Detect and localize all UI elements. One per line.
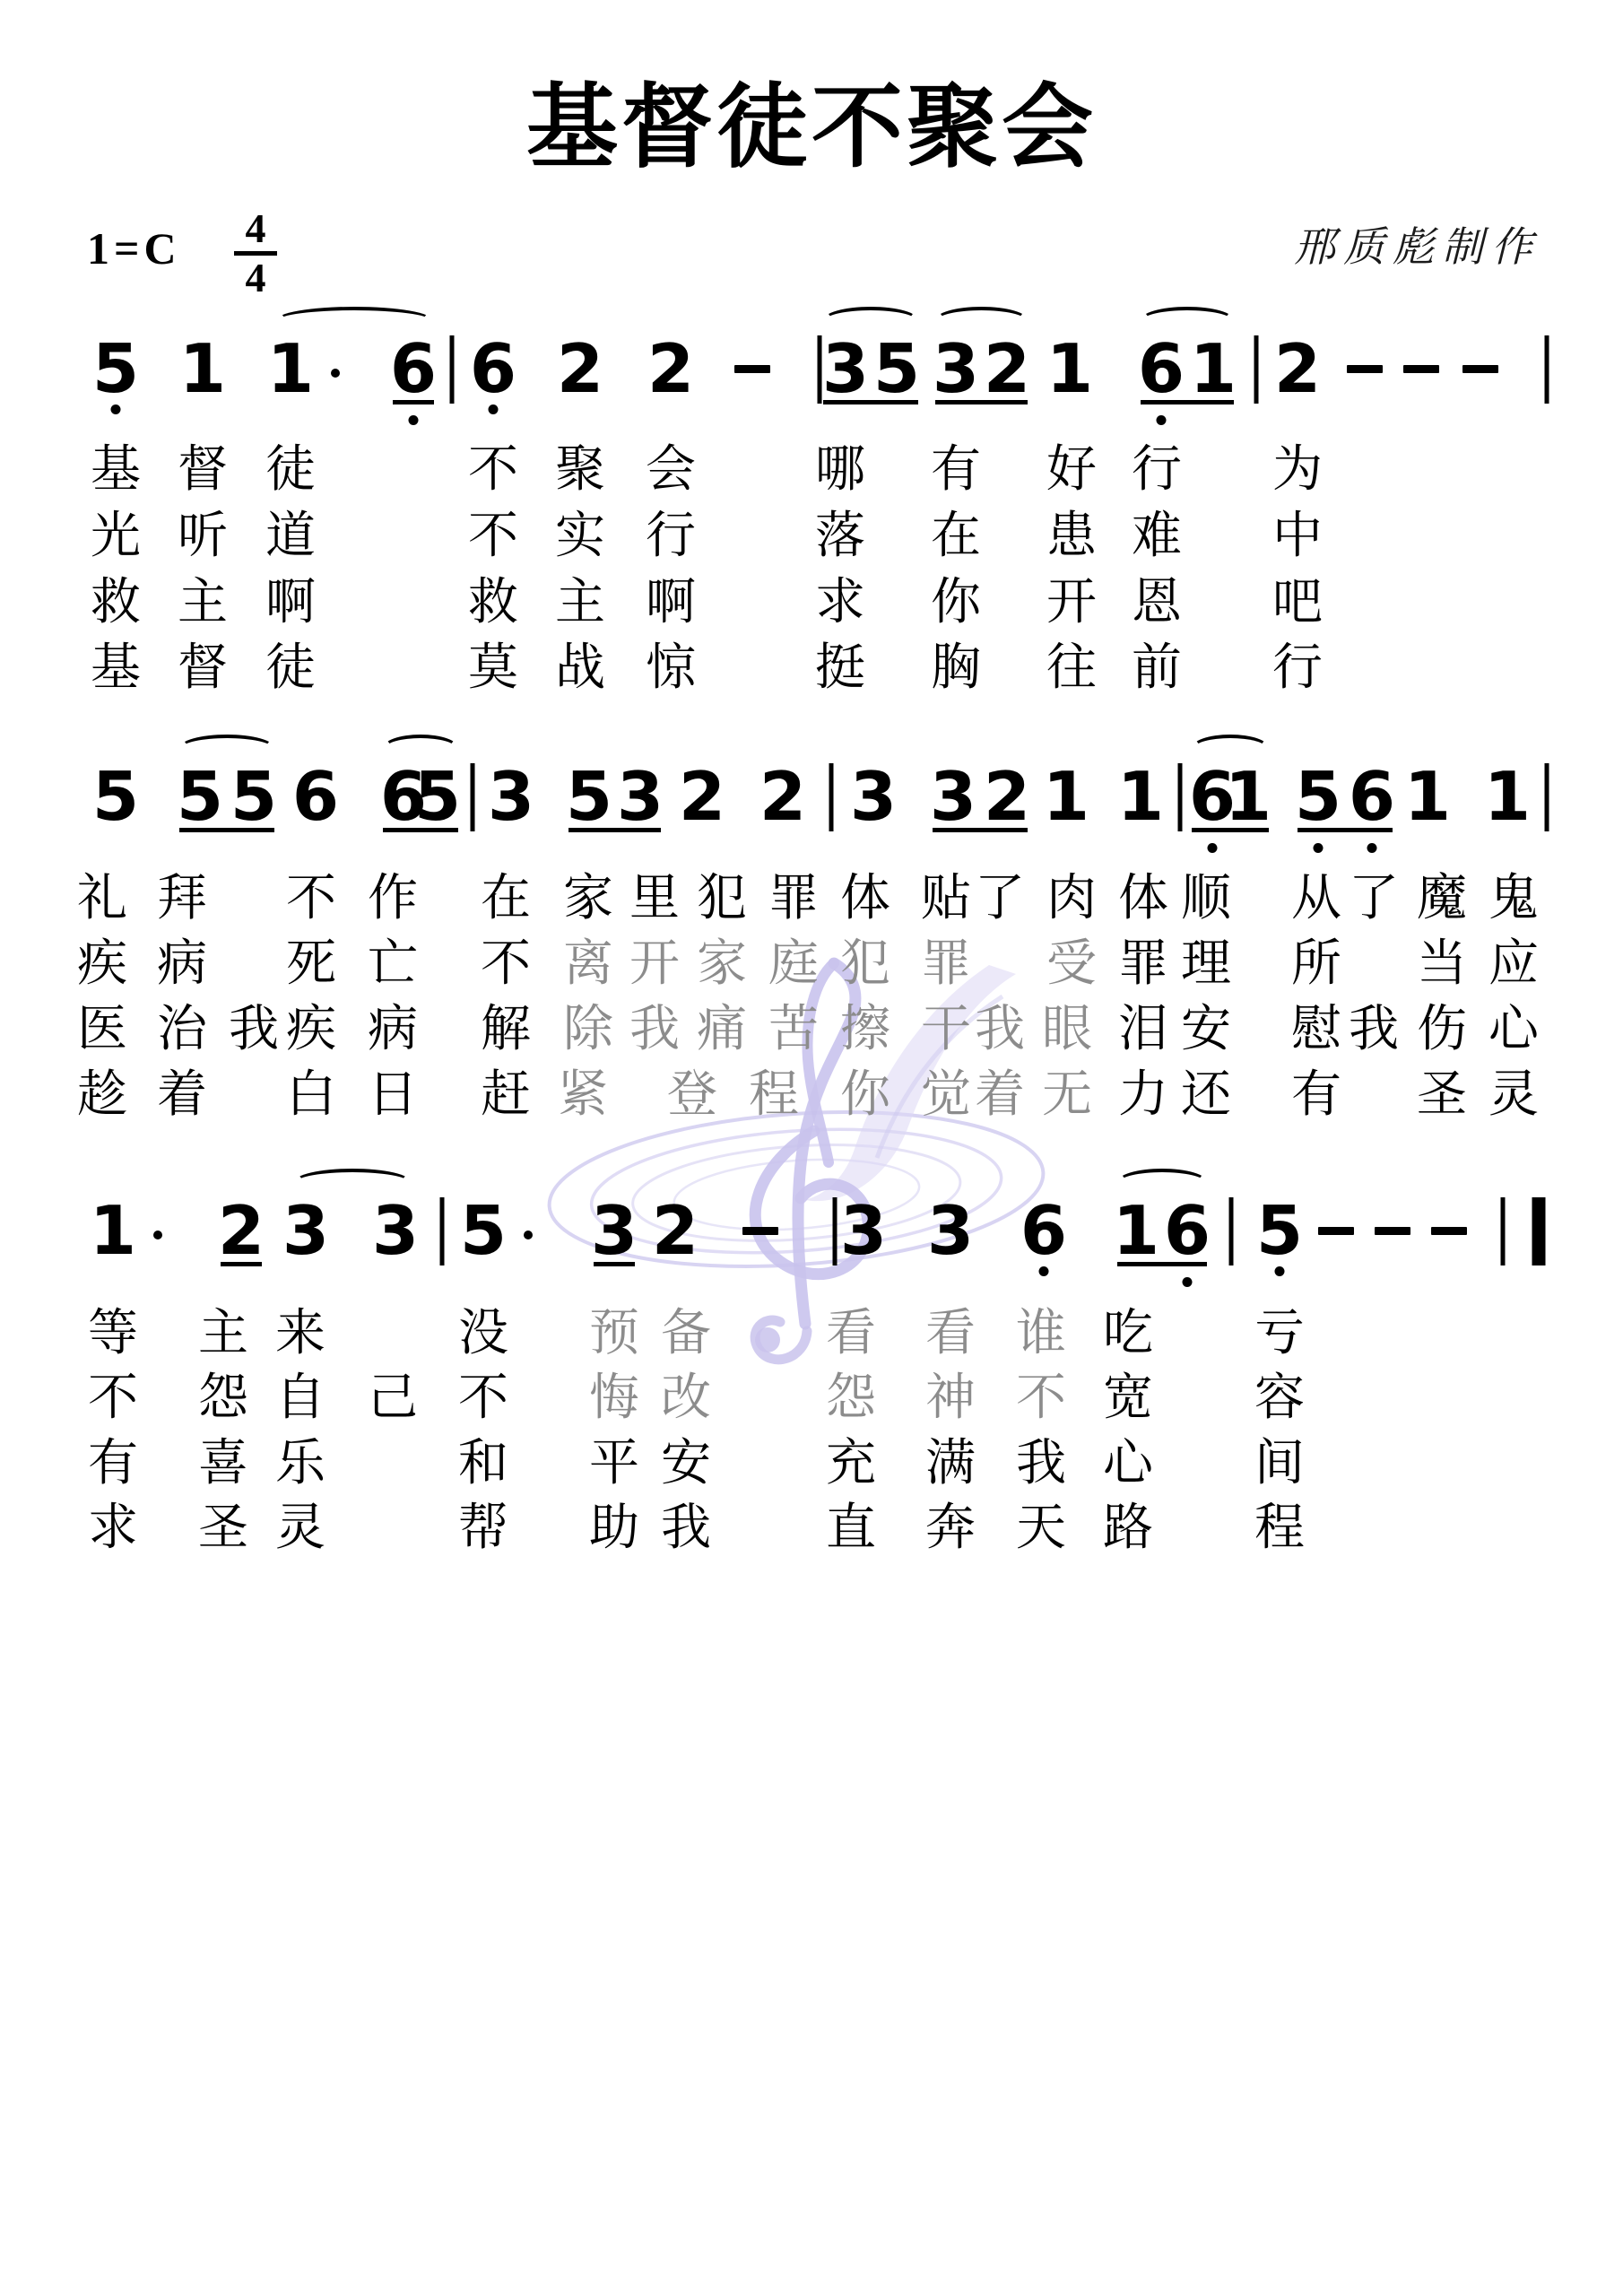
lyric-char: 啊: [646, 577, 696, 627]
lyric-char: 罪: [768, 873, 819, 923]
lyric-char: 恩: [1132, 577, 1182, 627]
lyric-char: 亏: [1254, 1308, 1305, 1358]
lyric-char: 中: [1272, 510, 1323, 561]
note-digit: 5: [92, 772, 139, 822]
note-digit: 3: [930, 772, 976, 822]
barline: [471, 763, 475, 831]
lyric-char: 行: [1132, 444, 1182, 494]
barline: [1545, 335, 1549, 404]
note-digit: 6: [1349, 772, 1395, 822]
lyric-char: 谁: [1016, 1308, 1066, 1358]
note-digit: 1: [1404, 772, 1451, 822]
duration-dash: [1347, 365, 1383, 373]
lyric-char: 惊: [646, 642, 696, 692]
lyric-char: 容: [1254, 1372, 1305, 1422]
lyric-char: 安: [1181, 1004, 1231, 1054]
lyric-char: 胸: [931, 642, 981, 692]
lyric-char: 行: [1272, 642, 1323, 692]
note-digit: 1: [1190, 344, 1237, 394]
lyric-char: 不: [481, 938, 531, 988]
note-digit: 5: [873, 344, 920, 394]
lyric-char: 有: [931, 444, 981, 494]
lyric-char: 安: [661, 1438, 711, 1488]
lyric-char: 哪: [815, 444, 865, 494]
lyric-char: 喜: [198, 1438, 248, 1488]
lyric-char: 病: [157, 938, 207, 988]
lyric-char: 趁: [77, 1069, 127, 1119]
lyric-char: 所: [1291, 938, 1341, 988]
lyric-char: 督: [178, 642, 228, 692]
octave-dot: [489, 404, 499, 414]
duration-dash: [1462, 365, 1498, 373]
lyric-char: 自: [275, 1372, 325, 1422]
note-digit: 5: [566, 772, 612, 822]
lyric-char: 亡: [368, 938, 418, 988]
barline: [1254, 335, 1259, 404]
note-digit: 3: [488, 772, 534, 822]
note-digit: 3: [933, 344, 979, 394]
lyric-char: 顺: [1181, 873, 1231, 923]
note-digit: 1: [1117, 772, 1164, 822]
lyric-char: 魔: [1417, 873, 1467, 923]
lyric-char: 预: [589, 1308, 639, 1358]
lyric-char: 备: [661, 1308, 711, 1358]
lyric-char: 着: [975, 1069, 1025, 1119]
octave-dot: [1367, 843, 1377, 853]
lyric-char: 程: [749, 1069, 799, 1119]
lyric-char: 作: [368, 873, 418, 923]
lyric-char: 疾: [77, 938, 127, 988]
lyric-char: 基: [91, 444, 141, 494]
lyric-char: 鬼: [1488, 873, 1539, 923]
lyric-char: 我: [661, 1502, 711, 1552]
note-digit: 5: [1295, 772, 1341, 822]
lyric-char: 病: [368, 1004, 418, 1054]
lyric-char: 我: [1349, 1004, 1399, 1054]
note-digit: 1: [1113, 1206, 1159, 1256]
final-barline: [1532, 1197, 1546, 1265]
augmentation-dot: [331, 369, 340, 378]
duration-dash: [1431, 1227, 1467, 1235]
note-digit: 1: [1046, 344, 1093, 394]
lyric-char: 了: [1349, 873, 1399, 923]
octave-dot: [111, 404, 121, 414]
lyric-char: 乐: [275, 1438, 325, 1488]
lyric-char: 我: [229, 1004, 279, 1054]
lyric-char: 患: [1046, 510, 1097, 561]
note-digit: 5: [460, 1206, 507, 1256]
barline: [450, 335, 455, 404]
note-digit: 3: [617, 772, 664, 822]
barline: [818, 335, 822, 404]
note-digit: 5: [1256, 1206, 1303, 1256]
lyric-char: 帮: [458, 1502, 508, 1552]
lyric-char: 莫: [468, 642, 518, 692]
lyric-char: 啊: [265, 577, 316, 627]
lyric-char: 听: [178, 510, 228, 561]
lyric-char: 体: [1118, 873, 1168, 923]
lyric-char: 礼: [77, 873, 127, 923]
lyric-char: 怨: [826, 1372, 876, 1422]
lyric-char: 我: [1016, 1438, 1066, 1488]
note-digit: 3: [850, 772, 897, 822]
lyric-char: 主: [555, 577, 605, 627]
note-digit: 3: [840, 1206, 887, 1256]
lyric-char: 泪: [1118, 1004, 1168, 1054]
lyric-char: 疾: [286, 1004, 336, 1054]
duration-dash: [1318, 1227, 1354, 1235]
lyric-char: 满: [925, 1438, 976, 1488]
lyric-char: 落: [815, 510, 865, 561]
lyric-char: 眼: [1042, 1004, 1092, 1054]
lyric-char: 我: [629, 1004, 680, 1054]
lyric-char: 无: [1042, 1069, 1092, 1119]
barline: [440, 1197, 445, 1265]
octave-dot: [409, 415, 419, 425]
lyric-char: 当: [1417, 938, 1467, 988]
lyric-char: 慰: [1291, 1004, 1341, 1054]
lyric-char: 主: [178, 577, 228, 627]
lyric-char: 等: [88, 1308, 138, 1358]
note-digit: 5: [414, 772, 461, 822]
lyric-char: 己: [368, 1372, 418, 1422]
note-digit: 6: [1138, 344, 1185, 394]
note-digit: 1: [1225, 772, 1271, 822]
lyric-char: 了: [975, 873, 1025, 923]
lyric-char: 救: [468, 577, 518, 627]
lyric-char: 求: [815, 577, 865, 627]
duration-dash: [1375, 1227, 1410, 1235]
lyric-char: 会: [646, 444, 696, 494]
lyric-char: 道: [265, 510, 316, 561]
note-digit: 2: [679, 772, 725, 822]
lyric-char: 来: [275, 1308, 325, 1358]
lyric-char: 开: [1046, 577, 1097, 627]
lyric-char: 不: [286, 873, 336, 923]
note-digit: 6: [390, 344, 437, 394]
lyric-char: 心: [1103, 1438, 1153, 1488]
lyric-char: 难: [1132, 510, 1182, 561]
note-digit: 2: [984, 344, 1030, 394]
lyric-char: 实: [555, 510, 605, 561]
lyric-char: 神: [925, 1372, 976, 1422]
lyric-char: 罪: [1118, 938, 1168, 988]
lyric-char: 没: [458, 1308, 508, 1358]
lyric-char: 开: [629, 938, 680, 988]
lyric-char: 你: [931, 577, 981, 627]
duration-dash: [1403, 365, 1439, 373]
lyric-char: 罪: [921, 938, 971, 988]
lyric-char: 在: [481, 873, 531, 923]
barline: [1501, 1197, 1506, 1265]
lyric-char: 吃: [1103, 1308, 1153, 1358]
lyric-char: 从: [1291, 873, 1341, 923]
lyric-char: 除: [563, 1004, 613, 1054]
lyric-char: 犯: [840, 938, 890, 988]
lyric-char: 应: [1488, 938, 1539, 988]
octave-dot: [1208, 843, 1218, 853]
page-title: 基督徒不聚会: [0, 79, 1623, 179]
sheet-music-page: 基督徒不聚会 1=C 4 4 邢质彪制作 511662235321612基督徒不…: [0, 0, 1623, 2296]
lyric-char: 紧: [558, 1069, 608, 1119]
lyric-char: 不: [88, 1372, 138, 1422]
lyric-char: 改: [661, 1372, 711, 1422]
barline: [833, 1197, 838, 1265]
duration-dash: [742, 1227, 778, 1235]
lyric-char: 有: [88, 1438, 138, 1488]
lyric-char: 吧: [1272, 577, 1323, 627]
lyric-char: 犯: [697, 873, 747, 923]
note-digit: 2: [1274, 344, 1321, 394]
lyric-char: 赶: [481, 1069, 531, 1119]
lyric-char: 痛: [697, 1004, 747, 1054]
lyric-char: 干: [921, 1004, 971, 1054]
octave-dot: [1157, 415, 1167, 425]
lyric-char: 力: [1118, 1069, 1168, 1119]
lyric-char: 着: [157, 1069, 207, 1119]
lyric-char: 擦: [840, 1004, 890, 1054]
lyric-char: 灵: [275, 1502, 325, 1552]
lyric-char: 不: [468, 444, 518, 494]
lyric-char: 奔: [925, 1502, 976, 1552]
note-digit: 3: [822, 344, 869, 394]
lyric-char: 战: [555, 642, 605, 692]
lyric-char: 庭: [768, 938, 819, 988]
duration-dash: [734, 365, 770, 373]
note-digit: 2: [557, 344, 603, 394]
note-digit: 2: [652, 1206, 699, 1256]
lyric-char: 心: [1488, 1004, 1539, 1054]
credit-author: 邢质彪制作: [1294, 222, 1541, 272]
note-digit: 2: [218, 1206, 265, 1256]
barline: [1178, 763, 1183, 831]
lyric-char: 觉: [921, 1069, 971, 1119]
lyric-char: 灵: [1488, 1069, 1539, 1119]
lyric-char: 体: [840, 873, 890, 923]
lyric-char: 徒: [265, 444, 316, 494]
lyric-char: 和: [458, 1438, 508, 1488]
lyric-char: 平: [589, 1438, 639, 1488]
note-digit: 1: [90, 1206, 136, 1256]
lyric-char: 看: [925, 1308, 976, 1358]
note-digit: 3: [372, 1206, 419, 1256]
lyric-char: 家: [563, 873, 613, 923]
lyric-char: 不: [468, 510, 518, 561]
barline: [1545, 763, 1549, 831]
lyric-char: 基: [91, 642, 141, 692]
time-signature-numerator: 4: [230, 208, 282, 249]
lyric-char: 还: [1181, 1069, 1231, 1119]
lyric-char: 主: [198, 1308, 248, 1358]
note-digit: 6: [1164, 1206, 1211, 1256]
lyric-char: 路: [1103, 1502, 1153, 1552]
octave-dot: [1314, 843, 1324, 853]
lyric-char: 充: [826, 1438, 876, 1488]
lyric-char: 天: [1016, 1502, 1066, 1552]
lyric-char: 往: [1046, 642, 1097, 692]
lyric-char: 圣: [198, 1502, 248, 1552]
lyric-char: 苦: [768, 1004, 819, 1054]
lyric-char: 家: [697, 938, 747, 988]
lyric-char: 悔: [589, 1372, 639, 1422]
note-digit: 2: [647, 344, 694, 394]
lyric-char: 受: [1046, 938, 1097, 988]
lyric-char: 登: [667, 1069, 717, 1119]
lyric-char: 理: [1181, 938, 1231, 988]
octave-dot: [1275, 1266, 1285, 1276]
note-digit: 5: [230, 772, 277, 822]
lyric-char: 贴: [921, 873, 971, 923]
lyric-char: 有: [1291, 1069, 1341, 1119]
augmentation-dot: [524, 1231, 533, 1239]
barline: [829, 763, 834, 831]
lyric-char: 在: [931, 510, 981, 561]
time-signature-denominator: 4: [230, 257, 282, 299]
lyric-char: 里: [629, 873, 680, 923]
note-digit: 1: [1043, 772, 1089, 822]
lyric-char: 助: [589, 1502, 639, 1552]
note-digit: 2: [759, 772, 806, 822]
lyric-char: 好: [1046, 444, 1097, 494]
lyric-char: 白: [286, 1069, 336, 1119]
note-digit: 5: [177, 772, 223, 822]
note-digit: 1: [1484, 772, 1531, 822]
lyric-char: 宽: [1103, 1372, 1153, 1422]
octave-dot: [1183, 1277, 1193, 1287]
lyric-char: 看: [826, 1308, 876, 1358]
lyric-char: 死: [286, 938, 336, 988]
key-signature: 1=C: [87, 226, 181, 271]
time-signature: 4 4: [230, 208, 282, 299]
augmentation-dot: [153, 1231, 162, 1239]
lyric-char: 程: [1254, 1502, 1305, 1552]
lyric-char: 医: [77, 1004, 127, 1054]
note-digit: 3: [282, 1206, 329, 1256]
note-digit: 1: [267, 344, 314, 394]
lyric-char: 伤: [1417, 1004, 1467, 1054]
lyric-char: 为: [1272, 444, 1323, 494]
lyric-char: 圣: [1417, 1069, 1467, 1119]
lyric-char: 前: [1132, 642, 1182, 692]
lyric-char: 挺: [815, 642, 865, 692]
lyric-char: 离: [563, 938, 613, 988]
note-digit: 3: [927, 1206, 974, 1256]
lyric-char: 督: [178, 444, 228, 494]
note-digit: 2: [984, 772, 1030, 822]
lyric-char: 不: [458, 1372, 508, 1422]
note-digit: 6: [292, 772, 339, 822]
octave-dot: [1039, 1266, 1049, 1276]
barline: [1229, 1197, 1234, 1265]
lyric-char: 间: [1254, 1438, 1305, 1488]
lyric-char: 直: [826, 1502, 876, 1552]
note-digit: 3: [591, 1206, 638, 1256]
lyric-char: 你: [840, 1069, 890, 1119]
lyric-char: 徒: [265, 642, 316, 692]
note-digit: 5: [92, 344, 139, 394]
lyric-char: 行: [646, 510, 696, 561]
lyric-char: 不: [1016, 1372, 1066, 1422]
lyric-char: 解: [481, 1004, 531, 1054]
note-digit: 1: [179, 344, 226, 394]
lyric-char: 求: [88, 1502, 138, 1552]
note-digit: 6: [1020, 1206, 1067, 1256]
lyric-char: 肉: [1046, 873, 1097, 923]
lyric-char: 救: [91, 577, 141, 627]
lyric-char: 拜: [157, 873, 207, 923]
lyric-char: 聚: [555, 444, 605, 494]
lyric-char: 怨: [198, 1372, 248, 1422]
lyric-char: 治: [157, 1004, 207, 1054]
lyric-char: 光: [91, 510, 141, 561]
lyric-char: 我: [975, 1004, 1025, 1054]
lyric-char: 日: [368, 1069, 418, 1119]
note-digit: 6: [470, 344, 516, 394]
